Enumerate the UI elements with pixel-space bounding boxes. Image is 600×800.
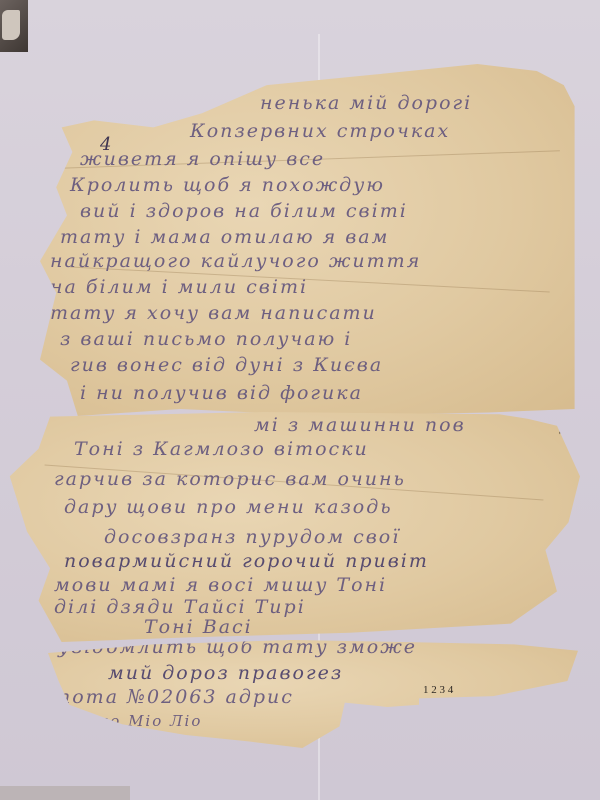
handwriting-line: ділі дзяди Тайсі Тирі xyxy=(54,596,306,618)
bottom-shadow xyxy=(0,786,130,800)
handwriting-line: досовзранз пурудом свої xyxy=(104,526,400,548)
photo-scene: 4 ненька мій дорогі Копзервних строчках … xyxy=(0,0,600,800)
handwriting-line: гив вонес від дуні з Києва xyxy=(70,354,383,376)
corner-object xyxy=(0,0,28,52)
handwriting-line: на білим і мили світі xyxy=(50,276,308,298)
handwriting-line: дарy щови про мени казодь xyxy=(64,496,393,518)
printed-fragment: 1 2 3 4 xyxy=(423,684,453,696)
handwriting-line: ненька мій дорогі xyxy=(260,92,472,114)
handwriting-line: найкращого кайлучого життя xyxy=(50,250,421,272)
letter-fragment-middle: ЕРП мі з машинни пов Тоні з Кагмлозо віт… xyxy=(4,412,580,642)
handwriting-line: Копзервних строчках xyxy=(190,120,450,142)
printed-fragment: ЕРП xyxy=(556,414,568,435)
letter-fragment-top: 4 ненька мій дорогі Копзервних строчках … xyxy=(40,64,580,416)
handwriting-line: пого Міо Ліо xyxy=(78,712,202,730)
handwriting-line: живетя я опішу все xyxy=(80,148,325,170)
handwriting-line: мий дороз правогез xyxy=(108,662,343,684)
handwriting-line: і ни получив від фогика xyxy=(80,382,363,404)
handwriting-line: гарчив за которис вам очинь xyxy=(54,468,406,490)
handwriting-line: Тоні з Кагмлозо вітоски xyxy=(74,438,369,460)
handwriting-line: з ваші письмо получаю і xyxy=(60,328,352,350)
letter-fragment-bottom: увідомлить щоб тату зможе мий дороз прав… xyxy=(48,640,578,748)
handwriting-line: Кролить щоб я похождую xyxy=(70,174,385,196)
handwriting-line: мі з машинни пов xyxy=(254,414,466,436)
handwriting-line: тату я хочу вам написати xyxy=(50,302,377,324)
handwriting-line: пота №02063 адрис xyxy=(58,686,294,708)
handwriting-line: мови мамі я восі мишу Тоні xyxy=(54,574,387,596)
handwriting-line: повармийсний горочий привіт xyxy=(64,550,429,572)
handwriting-line: Тоні Васі xyxy=(144,616,253,638)
handwriting-line: тату і мама отилаю я вам xyxy=(60,226,389,248)
handwriting-line: вий і здоров на білим світі xyxy=(80,200,408,222)
